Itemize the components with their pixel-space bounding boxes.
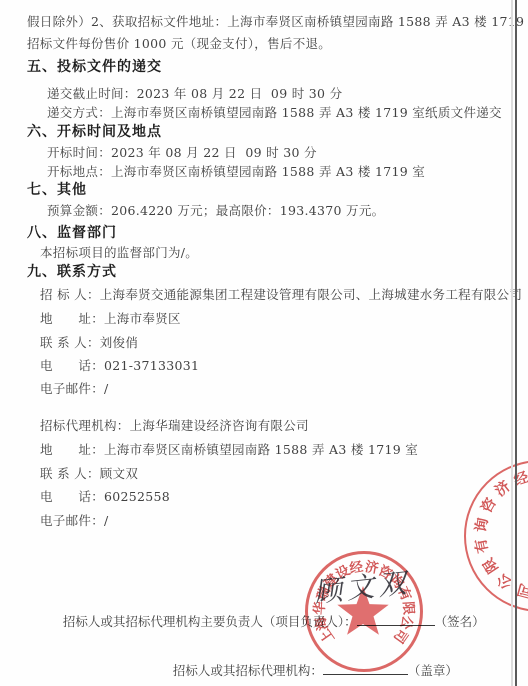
section6-place: 开标地点：上海市奉贤区南桥镇望园南路 1588 弄 A3 楼 1719 室 bbox=[47, 162, 425, 180]
section5-title: 五、投标文件的递交 bbox=[27, 56, 162, 76]
edge-partial-seal-icon bbox=[464, 460, 528, 612]
document-page: 假日除外）2、获取招标文件地址：上海市奉贤区南桥镇望园南路 1588 弄 A3 … bbox=[0, 0, 528, 686]
intro-line-2: 招标文件每份售价 1000 元（现金支付），售后不退。 bbox=[27, 34, 331, 52]
tenderer-name: 招 标 人：上海奉贤交通能源集团工程建设管理有限公司、上海城建水务工程有限公司 bbox=[40, 285, 522, 303]
intro-line-1: 假日除外）2、获取招标文件地址：上海市奉贤区南桥镇望园南路 1588 弄 A3 … bbox=[27, 12, 528, 30]
scan-page-edge bbox=[515, 0, 517, 686]
section9-title: 九、联系方式 bbox=[27, 261, 117, 281]
section7-title: 七、其他 bbox=[27, 179, 87, 199]
section6-title: 六、开标时间及地点 bbox=[27, 121, 162, 141]
tenderer-contact: 联 系 人：刘俊俏 bbox=[40, 333, 138, 351]
agency-email: 电子邮件：/ bbox=[40, 511, 109, 529]
agency-contact: 联 系 人：顾文双 bbox=[40, 464, 138, 482]
agency-name: 招标代理机构：上海华瑞建设经济咨询有限公司 bbox=[40, 416, 309, 434]
tenderer-email: 电子邮件：/ bbox=[40, 379, 109, 397]
agency-phone: 电 话：60252558 bbox=[40, 487, 170, 505]
section8-title: 八、监督部门 bbox=[27, 222, 117, 242]
org-stamp-row: 招标人或其招标代理机构：（盖章） bbox=[157, 646, 458, 686]
principal-sign-suffix: （签名） bbox=[435, 614, 485, 629]
tenderer-phone: 电 话：021-37133031 bbox=[40, 356, 199, 374]
org-stamp-label: 招标人或其招标代理机构： bbox=[173, 663, 323, 678]
scan-edge-shadow bbox=[511, 0, 513, 686]
tenderer-address: 地 址：上海市奉贤区 bbox=[40, 309, 181, 327]
section6-time: 开标时间：2023 年 08 月 22 日 09 时 30 分 bbox=[47, 143, 317, 161]
section7-budget: 预算金额：206.4220 万元；最高限价：193.4370 万元。 bbox=[47, 201, 384, 219]
org-stamp-suffix: （盖章） bbox=[408, 663, 458, 678]
section8-body: 本招标项目的监督部门为/。 bbox=[40, 243, 198, 261]
section5-deadline: 递交截止时间：2023 年 08 月 22 日 09 时 30 分 bbox=[47, 84, 342, 102]
agency-address: 地 址：上海市奉贤区南桥镇望园南路 1588 弄 A3 楼 1719 室 bbox=[40, 440, 418, 458]
section5-method: 递交方式：上海市奉贤区南桥镇望园南路 1588 弄 A3 楼 1719 室纸质文… bbox=[47, 103, 502, 121]
